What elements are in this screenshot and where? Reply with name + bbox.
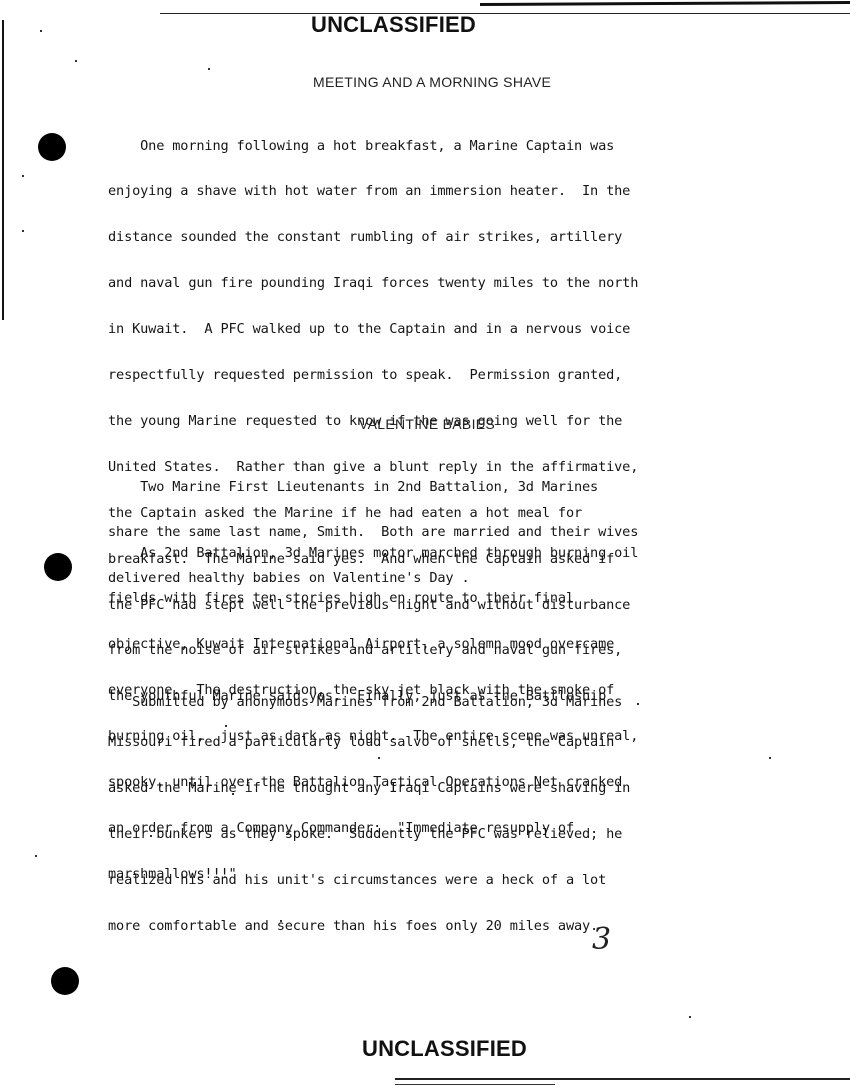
scan-speck: [689, 1016, 691, 1018]
submission-credit: Submitted by anonymous Marines from 2nd …: [108, 664, 778, 725]
text-line: Submitted by anonymous Marines from 2nd …: [108, 695, 778, 710]
scan-speck: [401, 830, 403, 832]
text-line: in Kuwait. A PFC walked up to the Captai…: [108, 322, 778, 337]
text-line: respectfully requested permission to spe…: [108, 368, 778, 383]
scan-speck: [232, 793, 234, 795]
scan-speck: [225, 725, 227, 727]
text-line: distance sounded the constant rumbling o…: [108, 230, 778, 245]
scan-top-edge: [480, 1, 850, 6]
scan-speck: [637, 703, 639, 705]
scan-speck: [35, 855, 37, 857]
text-line: more comfortable and secure than his foe…: [108, 919, 778, 934]
text-line: As 2nd Battalion, 3d Marines motor march…: [108, 546, 778, 561]
section-heading-morning-shave: MEETING AND A MORNING SHAVE: [313, 74, 551, 90]
text-line: One morning following a hot breakfast, a…: [108, 139, 778, 154]
text-line: and naval gun fire pounding Iraqi forces…: [108, 276, 778, 291]
classification-banner-top: UNCLASSIFIED: [311, 12, 476, 38]
scan-speck: [40, 30, 42, 32]
punch-hole: [38, 133, 66, 161]
text-line: marshmallows!!!": [108, 867, 778, 882]
scan-speck: [75, 60, 77, 62]
scan-speck: [769, 757, 771, 759]
text-line: an order from a Company Commander: "Imme…: [108, 821, 778, 836]
scan-speck: [280, 920, 282, 922]
scan-bottom-rule: [395, 1084, 555, 1085]
text-line: fields with fires ten stories high en ro…: [108, 591, 778, 606]
scan-left-edge: [2, 20, 4, 320]
punch-hole: [44, 553, 72, 581]
scan-speck: [22, 230, 24, 232]
classification-banner-bottom: UNCLASSIFIED: [362, 1036, 527, 1062]
text-line: enjoying a shave with hot water from an …: [108, 184, 778, 199]
page-number: 3: [592, 922, 611, 957]
punch-hole: [51, 967, 79, 995]
section-heading-valentine-babies: VALENTINE BABIES: [359, 416, 495, 432]
text-line: burning oil, just as dark as night. The …: [108, 729, 778, 744]
scan-bottom-rule: [395, 1078, 850, 1080]
text-line: spooky, until over the Battalion Tactica…: [108, 775, 778, 790]
text-line: Two Marine First Lieutenants in 2nd Batt…: [108, 480, 778, 495]
scan-speck: [150, 835, 152, 837]
scan-speck: [22, 175, 24, 177]
scan-top-rule: [160, 13, 850, 14]
scan-speck: [208, 68, 210, 70]
text-line: objective, Kuwait International Airport,…: [108, 637, 778, 652]
scan-speck: [378, 757, 380, 759]
